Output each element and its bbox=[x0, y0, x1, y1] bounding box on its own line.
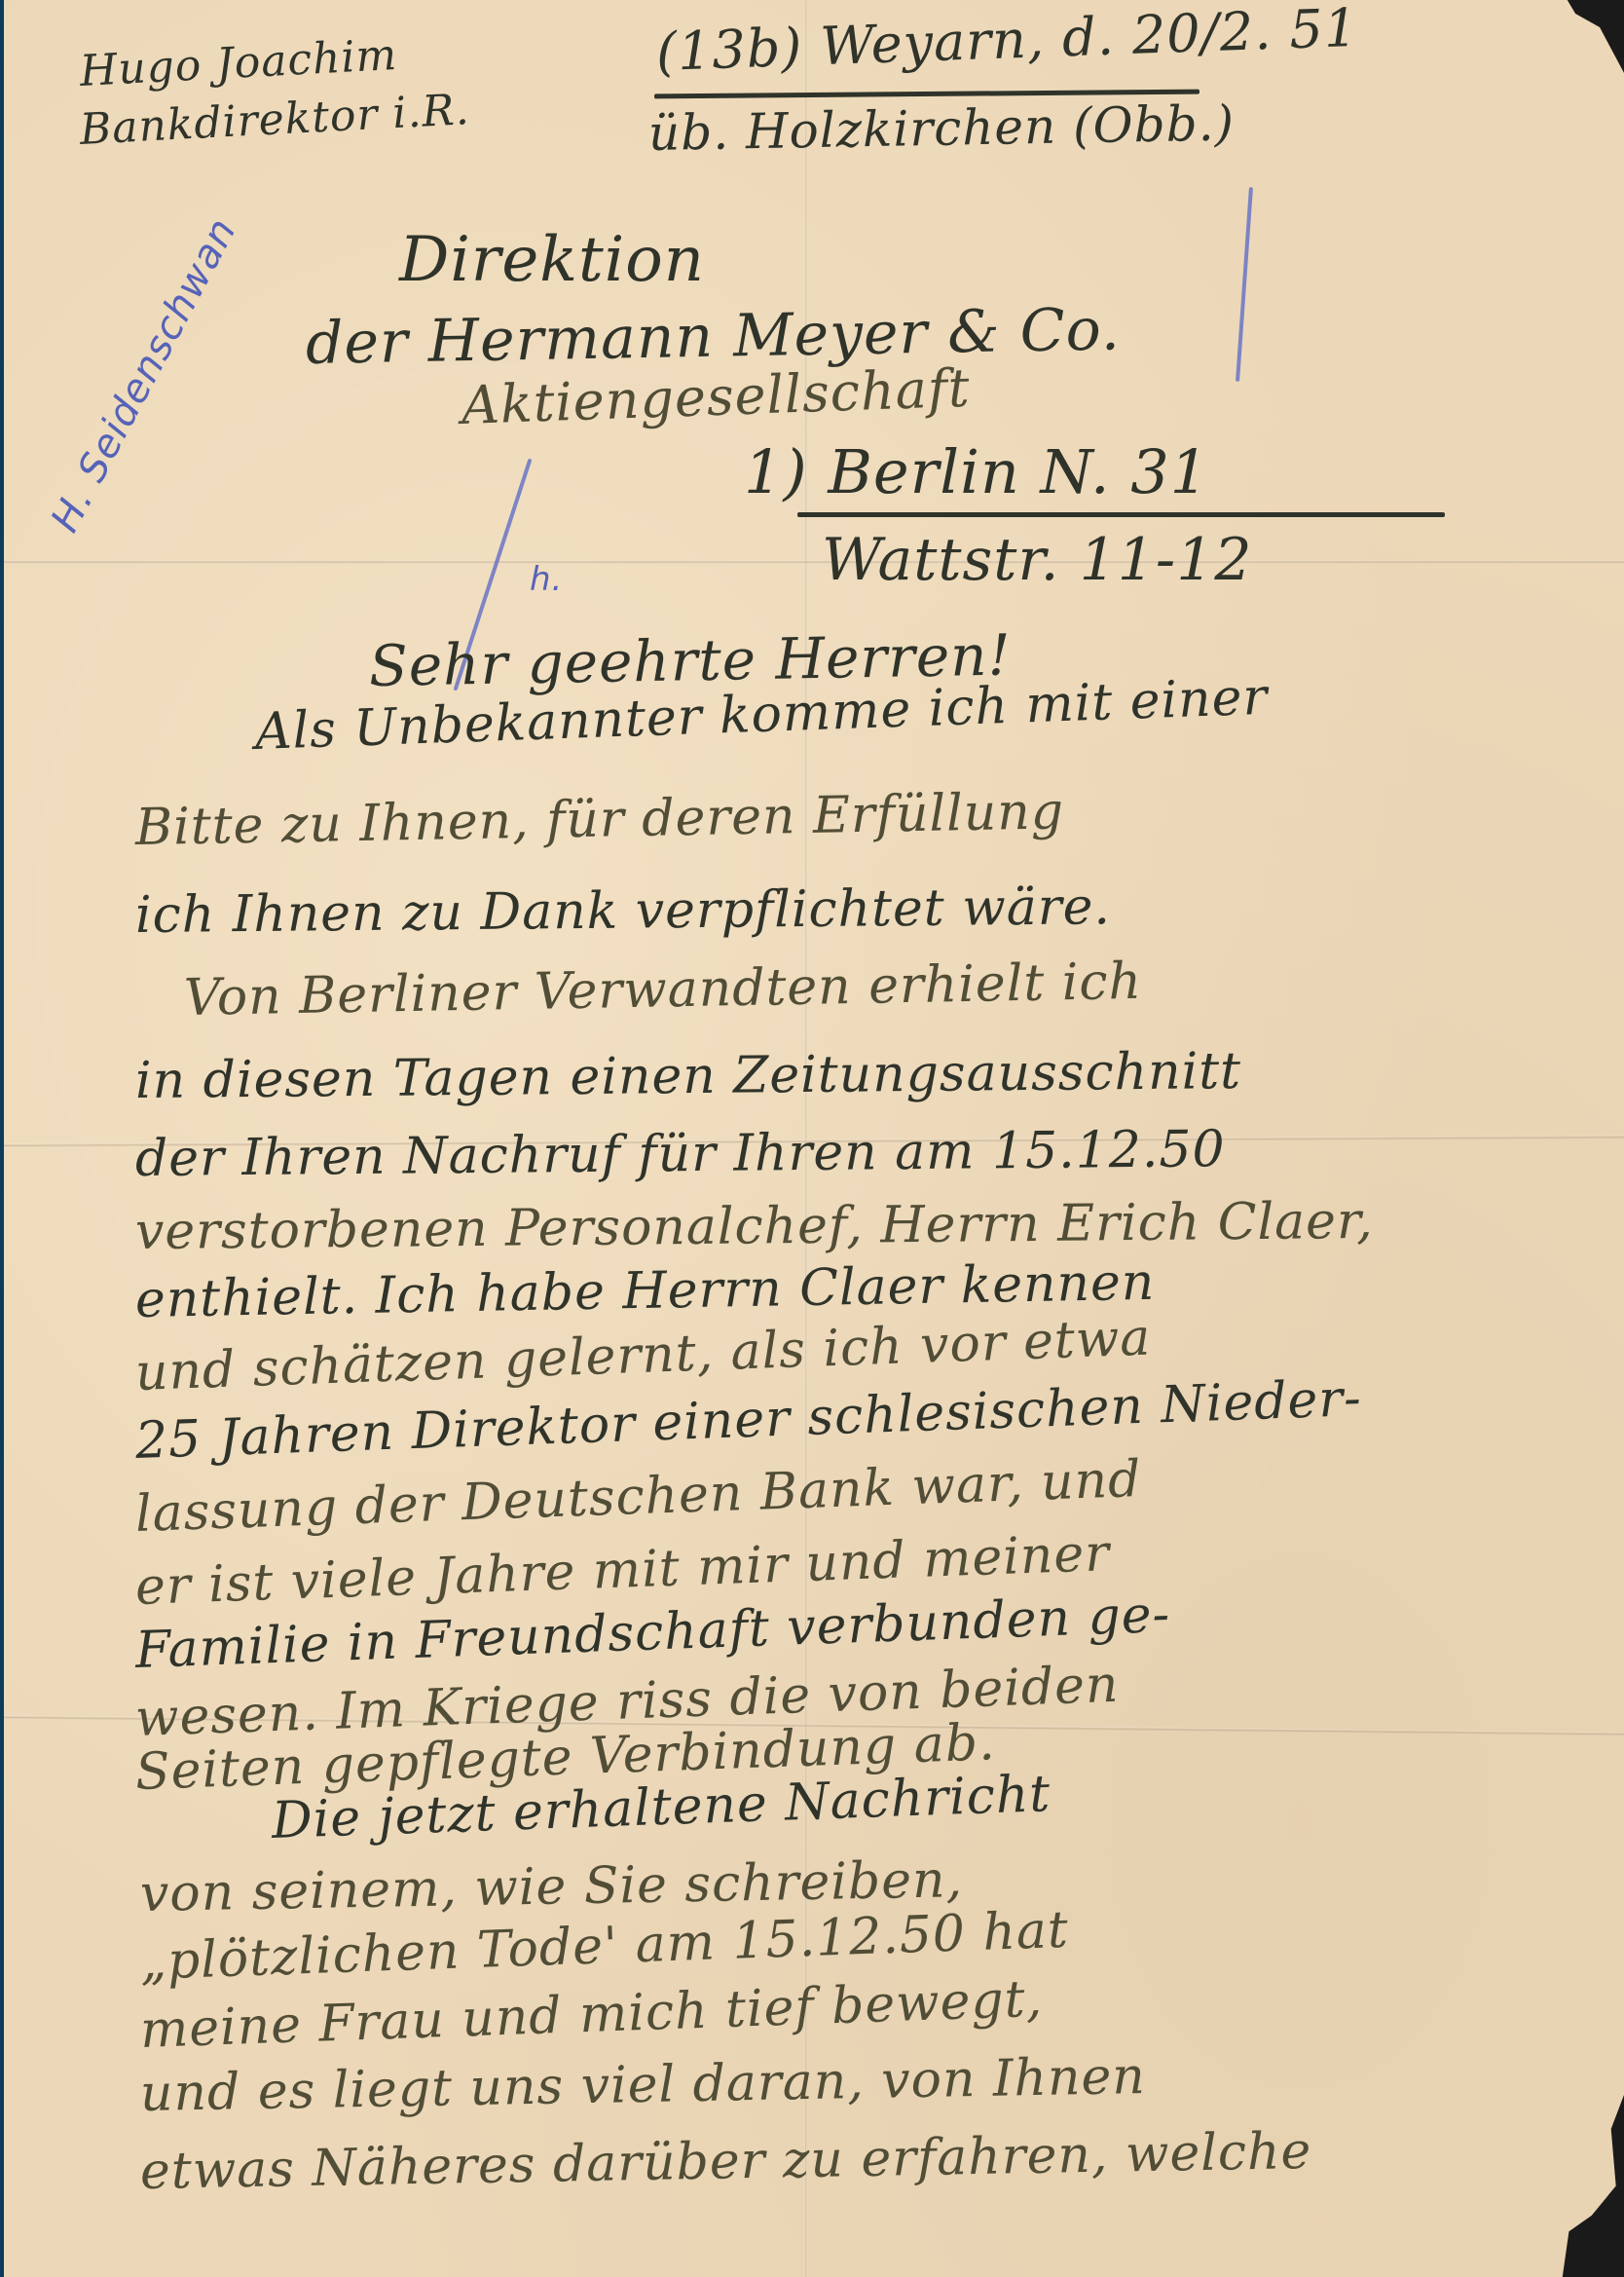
blue-initial-mark: h. bbox=[530, 560, 563, 599]
body-line: verstorbenen Personalchef, Herrn Erich C… bbox=[135, 1192, 1374, 1261]
letter-sheet: Hugo Joachim Bankdirektor i.R. (13b) Wey… bbox=[4, 0, 1624, 2277]
body-line: Bitte zu Ihnen, für deren Erfüllung bbox=[134, 782, 1064, 857]
place-region-line: üb. Holzkirchen (Obb.) bbox=[647, 94, 1235, 161]
recipient-line-4: 1) Berlin N. 31 bbox=[744, 436, 1209, 507]
horizontal-fold-crease bbox=[4, 560, 1624, 564]
body-line: etwas Näheres darüber zu erfahren, welch… bbox=[139, 2122, 1311, 2201]
recipient-line-5: Wattstr. 11-12 bbox=[822, 526, 1253, 594]
blue-margin-signature: H. Seidenschwan bbox=[43, 210, 246, 539]
recipient-underline bbox=[797, 512, 1445, 517]
recipient-line-1: Direktion bbox=[399, 224, 705, 296]
body-line: Von Berliner Verwandten erhielt ich bbox=[183, 952, 1142, 1027]
body-line: und es liegt uns viel daran, von Ihnen bbox=[139, 2047, 1146, 2123]
blue-check-mark bbox=[1236, 187, 1253, 382]
sender-title: Bankdirektor i.R. bbox=[79, 85, 471, 155]
body-line: ich Ihnen zu Dank verpflichtet wäre. bbox=[135, 877, 1111, 945]
sender-name: Hugo Joachim bbox=[79, 30, 399, 96]
body-line: in diesen Tagen einen Zeitungsausschnitt bbox=[135, 1042, 1241, 1110]
place-date-line: (13b) Weyarn, d. 20/2. 51 bbox=[655, 0, 1359, 83]
body-line: der Ihren Nachruf für Ihren am 15.12.50 bbox=[135, 1120, 1226, 1188]
